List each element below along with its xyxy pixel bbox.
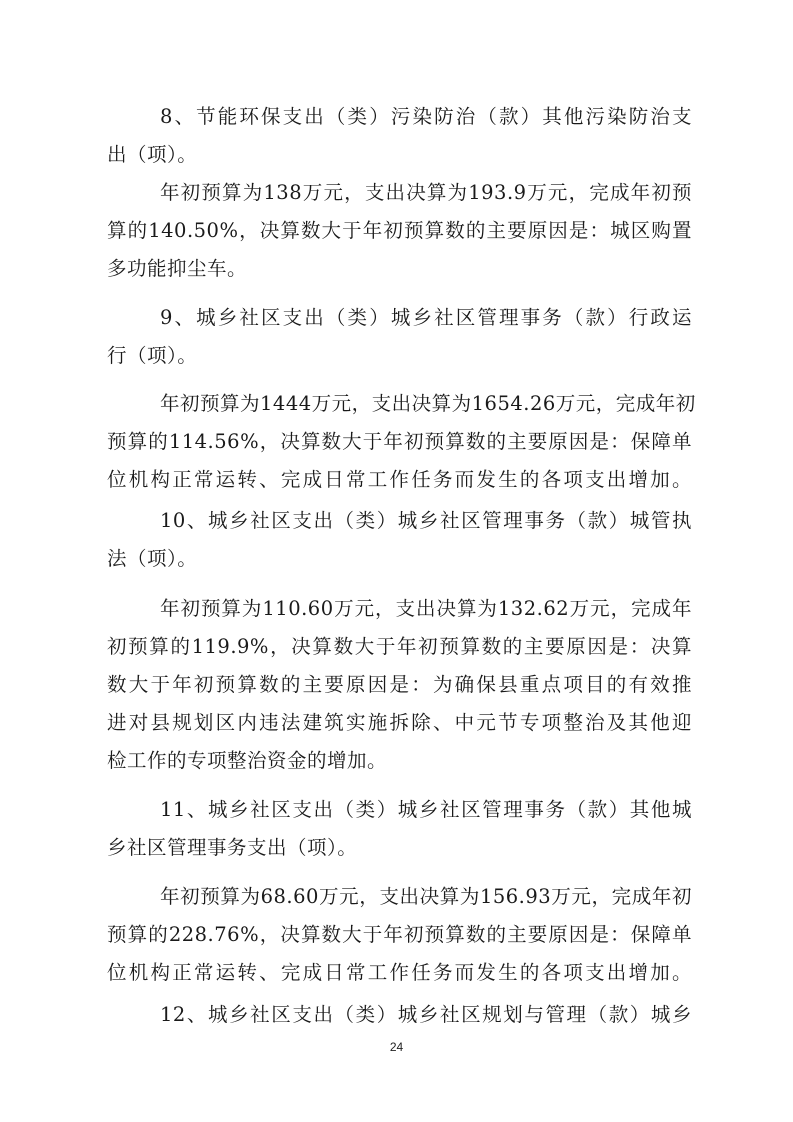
- text-line: 初预算的119.9%，决算数大于年初预算数的主要原因是：决算: [107, 632, 692, 662]
- text-line: 数大于年初预算数的主要原因是：为确保县重点项目的有效推: [107, 670, 692, 700]
- text-line: 预算的228.76%，决算数大于年初预算数的主要原因是：保障单: [107, 920, 692, 950]
- page-number: 24: [0, 1040, 793, 1054]
- text-line: 行（项）。: [107, 341, 692, 371]
- text-line: 法（项）。: [107, 544, 692, 574]
- text-line: 出（项）。: [107, 140, 692, 170]
- text-line: 位机构正常运转、完成日常工作任务而发生的各项支出增加。: [107, 465, 692, 495]
- text-line: 12、城乡社区支出（类）城乡社区规划与管理（款）城乡: [160, 1000, 692, 1030]
- text-line: 11、城乡社区支出（类）城乡社区管理事务（款）其他城: [160, 795, 692, 825]
- text-line: 年初预算为138万元，支出决算为193.9万元，完成年初预: [160, 178, 692, 208]
- text-line: 算的140.50%，决算数大于年初预算数的主要原因是：城区购置: [107, 216, 692, 246]
- text-line: 年初预算为110.60万元，支出决算为132.62万元，完成年: [160, 594, 692, 624]
- text-line: 8、节能环保支出（类）污染防治（款）其他污染防治支: [160, 102, 692, 132]
- text-line: 年初预算为1444万元，支出决算为1654.26万元，完成年初: [160, 389, 692, 419]
- text-line: 10、城乡社区支出（类）城乡社区管理事务（款）城管执: [160, 506, 692, 536]
- text-line: 预算的114.56%，决算数大于年初预算数的主要原因是：保障单: [107, 427, 692, 457]
- document-page: 8、节能环保支出（类）污染防治（款）其他污染防治支出（项）。年初预算为138万元…: [0, 0, 793, 1122]
- text-line: 多功能抑尘车。: [107, 254, 692, 284]
- text-line: 乡社区管理事务支出（项）。: [107, 833, 692, 863]
- text-line: 检工作的专项整治资金的增加。: [107, 746, 692, 776]
- text-line: 进对县规划区内违法建筑实施拆除、中元节专项整治及其他迎: [107, 708, 692, 738]
- text-line: 9、城乡社区支出（类）城乡社区管理事务（款）行政运: [160, 303, 692, 333]
- text-line: 年初预算为68.60万元，支出决算为156.93万元，完成年初: [160, 882, 692, 912]
- text-line: 位机构正常运转、完成日常工作任务而发生的各项支出增加。: [107, 958, 692, 988]
